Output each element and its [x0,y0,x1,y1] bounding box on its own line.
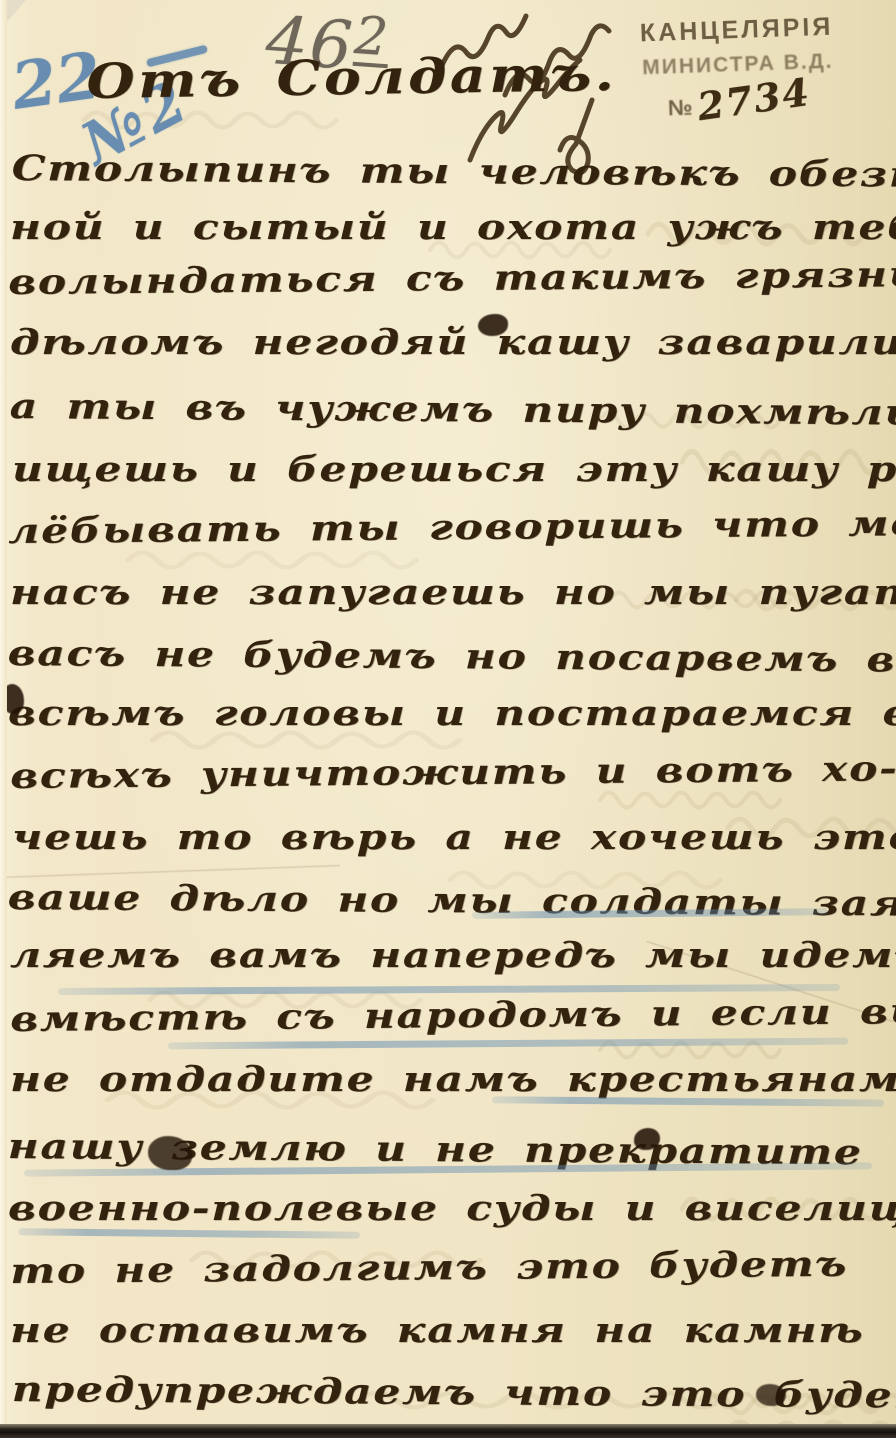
letter-line: не оставимъ камня на камнѣ [10,1310,864,1351]
letter-line: лёбывать ты говоришь что молъ [8,503,896,552]
letter-line: волындаться съ такимъ грязнымъ [8,253,896,303]
letter-line: а ты въ чужемъ пиру похмѣлья [10,386,896,434]
letter-line: васъ не будемъ но посарвемъ вамъ [8,633,896,681]
scan-bottom-edge [0,1424,896,1438]
ink-blot [478,314,508,336]
blue-underline [18,1228,360,1239]
letter-line: всѣмъ головы и постараемся васъ [8,693,896,734]
letter-line: военно-полевые суды и виселицы [8,1188,896,1229]
ink-blot [756,1384,786,1406]
letter-line: чешь то вѣрь а не хочешь это [12,817,896,858]
letter-line: вмѣстѣ съ народомъ и если вы [10,991,896,1040]
letter-line: всѣхъ уничтожить и вотъ хо- [10,748,896,797]
letter-line: дѣломъ негодяй кашу заварили [10,322,896,363]
letter-line: ваше дѣло но мы солдаты заяв- [8,877,896,925]
letter-line: то не задолгимъ это будетъ [10,1244,848,1292]
letter-line: Столыпинъ ты человѣкъ обезпечен- [12,148,896,197]
ink-blot [634,1128,660,1150]
scanned-letter-page: 462 22 №2 КАНЦЕЛЯРІЯ МИНИСТРА В.Д. № 273… [0,0,896,1430]
paper-left-edge [0,0,7,1430]
ink-blot [148,1136,192,1170]
letter-line: ной и сытый и охота ужъ тебѣ [10,207,896,248]
letter-line: не отдадите намъ крестьянамъ [10,1059,896,1100]
letter-header: Отъ Солдатъ. [86,46,618,110]
letter-line: насъ не запугаешь но мы пугать [10,572,896,613]
letter-line: ляемъ вамъ напередъ мы идемъ [10,935,896,976]
letter-line: ищешь и берешься эту кашу расх- [12,449,896,490]
blue-underline [168,1038,848,1050]
